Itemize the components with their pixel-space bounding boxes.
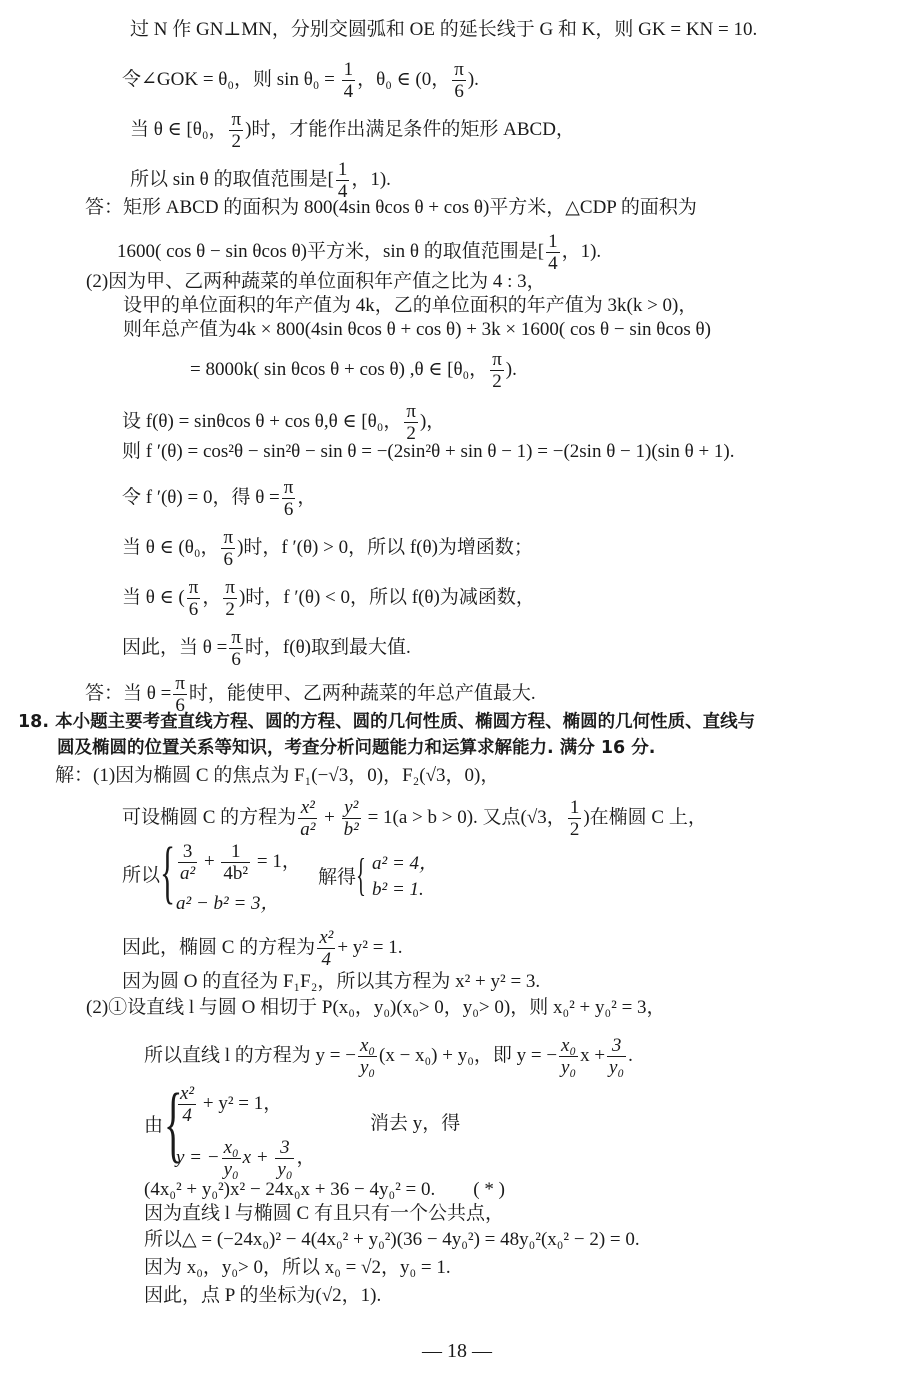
text-line: 过 N 作 GN⊥MN，分别交圆弧和 OE 的延长线于 G 和 K，则 GK =… bbox=[130, 18, 757, 42]
page-number: — 18 — bbox=[0, 1340, 914, 1363]
text-line: 当 θ ∈ [θ₀，π2)时，才能作出满足条件的矩形 ABCD， bbox=[130, 110, 575, 151]
fraction: 3y₀ bbox=[607, 1036, 626, 1077]
fraction: π2 bbox=[404, 402, 418, 443]
fraction: π6 bbox=[187, 578, 201, 619]
text-line: 则年总产值为4k × 800(4sin θcos θ + cos θ) + 3k… bbox=[123, 318, 711, 342]
fraction: x²4 bbox=[178, 1084, 196, 1125]
fraction: 3a² bbox=[178, 842, 197, 883]
question-header: 18. 本小题主要考查直线方程、圆的方程、圆的几何性质、椭圆方程、椭圆的几何性质… bbox=[18, 710, 755, 734]
left-brace: { bbox=[160, 838, 175, 908]
text-line: 所以 sin θ 的取值范围是[14，1). bbox=[130, 160, 391, 201]
text-line: 因为直线 l 与椭圆 C 有且只有一个公共点， bbox=[144, 1202, 504, 1226]
fraction: π6 bbox=[229, 628, 243, 669]
fraction: 3y₀ bbox=[275, 1138, 294, 1179]
text-line: 因此，椭圆 C 的方程为x²4+ y² = 1. bbox=[122, 928, 402, 969]
text-line: 设甲的单位面积的年产值为 4k，乙的单位面积的年产值为 3k(k > 0)， bbox=[123, 294, 697, 318]
text-line: (2)①设直线 l 与圆 O 相切于 P(x₀，y₀)(x₀> 0，y₀> 0)… bbox=[86, 996, 666, 1020]
fraction: π2 bbox=[229, 110, 243, 151]
fraction: 14 bbox=[546, 232, 560, 273]
fraction: 14 bbox=[336, 160, 350, 201]
text-line: 因此，当 θ =π6时，f(θ)取到最大值. bbox=[122, 628, 411, 669]
text-line: 则 f ′(θ) = cos²θ − sin²θ − sin θ = −(2si… bbox=[122, 440, 734, 464]
fraction: π6 bbox=[452, 60, 466, 101]
fraction: x²4 bbox=[317, 928, 335, 969]
left-brace: { bbox=[356, 852, 366, 898]
fraction: x₀y₀ bbox=[559, 1036, 578, 1077]
fraction: 14 bbox=[342, 60, 356, 101]
fraction: π2 bbox=[223, 578, 237, 619]
answer-line: 答：矩形 ABCD 的面积为 800(4sin θcos θ + cos θ)平… bbox=[85, 196, 697, 220]
answer-line: 答：当 θ =π6时，能使甲、乙两种蔬菜的年总产值最大. bbox=[85, 674, 536, 715]
text-line: (4x₀² + y₀²)x² − 24x₀x + 36 − 4y₀² = 0. … bbox=[144, 1178, 505, 1202]
fraction: x₀y₀ bbox=[222, 1138, 241, 1179]
text-line: 因此，点 P 的坐标为(√2，1). bbox=[144, 1284, 381, 1308]
fraction: π6 bbox=[173, 674, 187, 715]
text-line: = 8000k( sin θcos θ + cos θ) ,θ ∈ [θ₀，π2… bbox=[190, 350, 517, 391]
text-line: 当 θ ∈ (π6，π2)时，f ′(θ) < 0，所以 f(θ)为减函数， bbox=[122, 578, 535, 619]
text-line: 设 f(θ) = sinθcos θ + cos θ,θ ∈ [θ₀，π2)， bbox=[122, 402, 445, 443]
text-line: 1600( cos θ − sin θcos θ)平方米，sin θ 的取值范围… bbox=[117, 232, 601, 273]
fraction: y²b² bbox=[342, 798, 361, 839]
text-line: 因为圆 O 的直径为 F₁F₂，所以其方程为 x² + y² = 3. bbox=[122, 970, 540, 994]
text-line: 令 f ′(θ) = 0，得 θ =π6， bbox=[122, 478, 316, 519]
solution-line: 解：(1)因为椭圆 C 的焦点为 F₁(−√3，0)，F₂(√3，0)， bbox=[55, 764, 499, 788]
text-line: 当 θ ∈ (θ₀，π6)时，f ′(θ) > 0，所以 f(θ)为增函数； bbox=[122, 528, 533, 569]
text-line: 可设椭圆 C 的方程为x²a² + y²b² = 1(a > b > 0). 又… bbox=[122, 798, 707, 839]
fraction: π6 bbox=[282, 478, 296, 519]
fraction: x₀y₀ bbox=[358, 1036, 377, 1077]
fraction: π2 bbox=[490, 350, 504, 391]
fraction: π6 bbox=[221, 528, 235, 569]
fraction: 12 bbox=[568, 798, 582, 839]
question-header: 圆及椭圆的位置关系等知识，考查分析问题能力和运算求解能力. 满分 16 分. bbox=[57, 736, 655, 760]
text-line: 所以△ = (−24x₀)² − 4(4x₀² + y₀²)(36 − 4y₀²… bbox=[144, 1228, 640, 1252]
text-line: 因为 x₀，y₀> 0，所以 x₀ = √2，y₀ = 1. bbox=[144, 1256, 451, 1280]
text-line: 令∠GOK = θ₀，则 sin θ₀ = 14，θ₀ ∈ (0，π6). bbox=[122, 60, 479, 101]
fraction: x²a² bbox=[298, 798, 317, 839]
fraction: 14b² bbox=[221, 842, 250, 883]
text-line: (2)因为甲、乙两种蔬菜的单位面积年产值之比为 4 : 3， bbox=[86, 270, 546, 294]
text-line: 所以直线 l 的方程为 y = −x₀y₀(x − x₀) + y₀，即 y =… bbox=[144, 1036, 633, 1077]
